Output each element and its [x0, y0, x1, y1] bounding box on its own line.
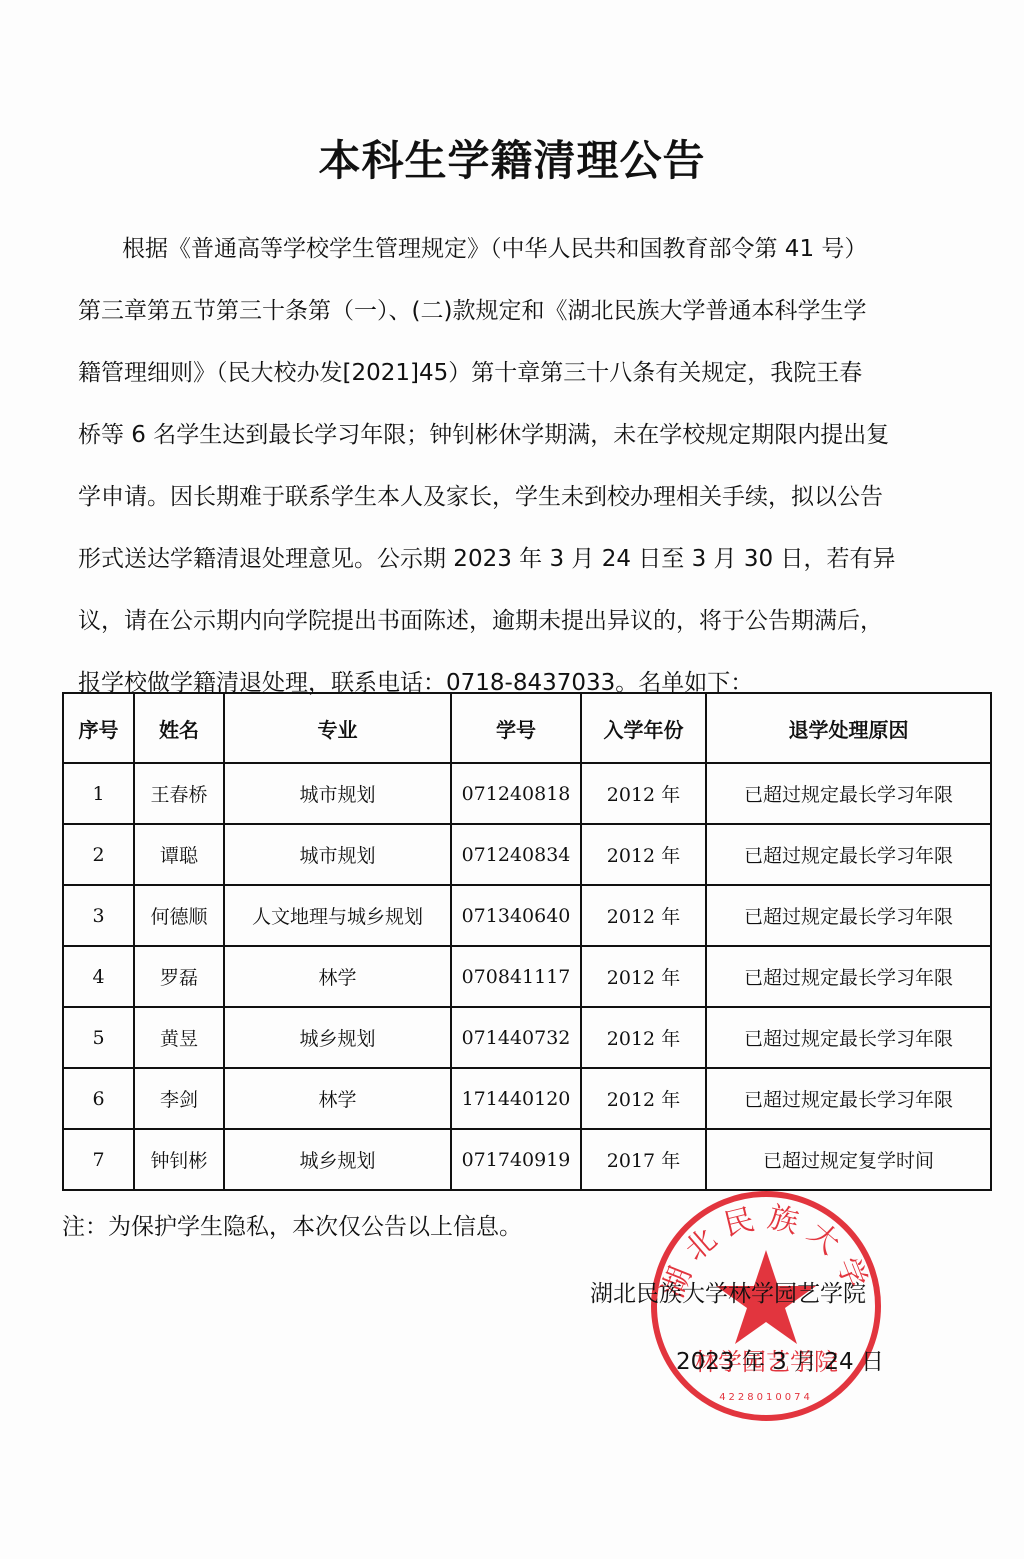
cell-student-id: 071240818	[451, 763, 581, 824]
cell-index: 7	[63, 1129, 134, 1190]
cell-student-id: 071340640	[451, 885, 581, 946]
cell-index: 1	[63, 763, 134, 824]
header-major: 专业	[224, 693, 451, 763]
body-paragraph: 根据《普通高等学校学生管理规定》（中华人民共和国教育部令第 41 号） 第三章第…	[78, 218, 878, 714]
cell-major: 林学	[224, 946, 451, 1007]
cell-enroll-year: 2012 年	[581, 763, 706, 824]
table-row: 5 黄昱 城乡规划 071440732 2012 年 已超过规定最长学习年限	[63, 1007, 991, 1068]
cell-major: 林学	[224, 1068, 451, 1129]
cell-reason: 已超过规定复学时间	[706, 1129, 991, 1190]
cell-enroll-year: 2012 年	[581, 824, 706, 885]
table-row: 6 李剑 林学 171440120 2012 年 已超过规定最长学习年限	[63, 1068, 991, 1129]
cell-enroll-year: 2012 年	[581, 1007, 706, 1068]
cell-enroll-year: 2012 年	[581, 1068, 706, 1129]
cell-reason: 已超过规定最长学习年限	[706, 1007, 991, 1068]
page-title: 本科生学籍清理公告	[0, 128, 1024, 188]
student-roster-table: 序号 姓名 专业 学号 入学年份 退学处理原因 1 王春桥 城市规划 07124…	[62, 692, 992, 1191]
cell-index: 4	[63, 946, 134, 1007]
header-reason: 退学处理原因	[706, 693, 991, 763]
header-student-id: 学号	[451, 693, 581, 763]
cell-reason: 已超过规定最长学习年限	[706, 824, 991, 885]
cell-reason: 已超过规定最长学习年限	[706, 763, 991, 824]
cell-index: 6	[63, 1068, 134, 1129]
cell-name: 黄昱	[134, 1007, 224, 1068]
issuing-organization: 湖北民族大学林学园艺学院	[590, 1275, 866, 1308]
seal-code: 4228010074	[719, 1392, 813, 1403]
header-name: 姓名	[134, 693, 224, 763]
cell-reason: 已超过规定最长学习年限	[706, 1068, 991, 1129]
cell-reason: 已超过规定最长学习年限	[706, 946, 991, 1007]
body-line: 学申请。因长期难于联系学生本人及家长，学生未到校办理相关手续，拟以公告	[78, 466, 878, 528]
body-line: 议，请在公示期内向学院提出书面陈述，逾期未提出异议的，将于公告期满后，	[78, 590, 878, 652]
cell-student-id: 071740919	[451, 1129, 581, 1190]
body-line: 桥等 6 名学生达到最长学习年限；钟钊彬休学期满，未在学校规定期限内提出复	[78, 404, 878, 466]
cell-name: 王春桥	[134, 763, 224, 824]
body-line: 形式送达学籍清退处理意见。公示期 2023 年 3 月 24 日至 3 月 30…	[78, 528, 878, 590]
cell-name: 谭聪	[134, 824, 224, 885]
table-row: 3 何德顺 人文地理与城乡规划 071340640 2012 年 已超过规定最长…	[63, 885, 991, 946]
cell-enroll-year: 2012 年	[581, 946, 706, 1007]
cell-student-id: 071240834	[451, 824, 581, 885]
table-row: 2 谭聪 城市规划 071240834 2012 年 已超过规定最长学习年限	[63, 824, 991, 885]
cell-name: 钟钊彬	[134, 1129, 224, 1190]
cell-major: 城乡规划	[224, 1007, 451, 1068]
cell-enroll-year: 2017 年	[581, 1129, 706, 1190]
issue-date: 2023 年 3 月 24 日	[676, 1343, 884, 1376]
body-line: 籍管理细则》（民大校办发[2021]45）第十章第三十八条有关规定，我院王春	[78, 342, 878, 404]
header-enroll-year: 入学年份	[581, 693, 706, 763]
cell-student-id: 070841117	[451, 946, 581, 1007]
cell-major: 城市规划	[224, 824, 451, 885]
table-header-row: 序号 姓名 专业 学号 入学年份 退学处理原因	[63, 693, 991, 763]
table-row: 7 钟钊彬 城乡规划 071740919 2017 年 已超过规定复学时间	[63, 1129, 991, 1190]
cell-major: 人文地理与城乡规划	[224, 885, 451, 946]
cell-major: 城市规划	[224, 763, 451, 824]
cell-index: 2	[63, 824, 134, 885]
cell-student-id: 171440120	[451, 1068, 581, 1129]
cell-index: 5	[63, 1007, 134, 1068]
table-row: 1 王春桥 城市规划 071240818 2012 年 已超过规定最长学习年限	[63, 763, 991, 824]
body-line: 根据《普通高等学校学生管理规定》（中华人民共和国教育部令第 41 号）	[78, 218, 878, 280]
cell-name: 何德顺	[134, 885, 224, 946]
cell-name: 李剑	[134, 1068, 224, 1129]
privacy-note: 注：为保护学生隐私，本次仅公告以上信息。	[62, 1208, 522, 1241]
cell-name: 罗磊	[134, 946, 224, 1007]
cell-index: 3	[63, 885, 134, 946]
cell-major: 城乡规划	[224, 1129, 451, 1190]
cell-student-id: 071440732	[451, 1007, 581, 1068]
cell-enroll-year: 2012 年	[581, 885, 706, 946]
body-line: 第三章第五节第三十条第（一）、(二)款规定和《湖北民族大学普通本科学生学	[78, 280, 878, 342]
cell-reason: 已超过规定最长学习年限	[706, 885, 991, 946]
header-index: 序号	[63, 693, 134, 763]
table-row: 4 罗磊 林学 070841117 2012 年 已超过规定最长学习年限	[63, 946, 991, 1007]
